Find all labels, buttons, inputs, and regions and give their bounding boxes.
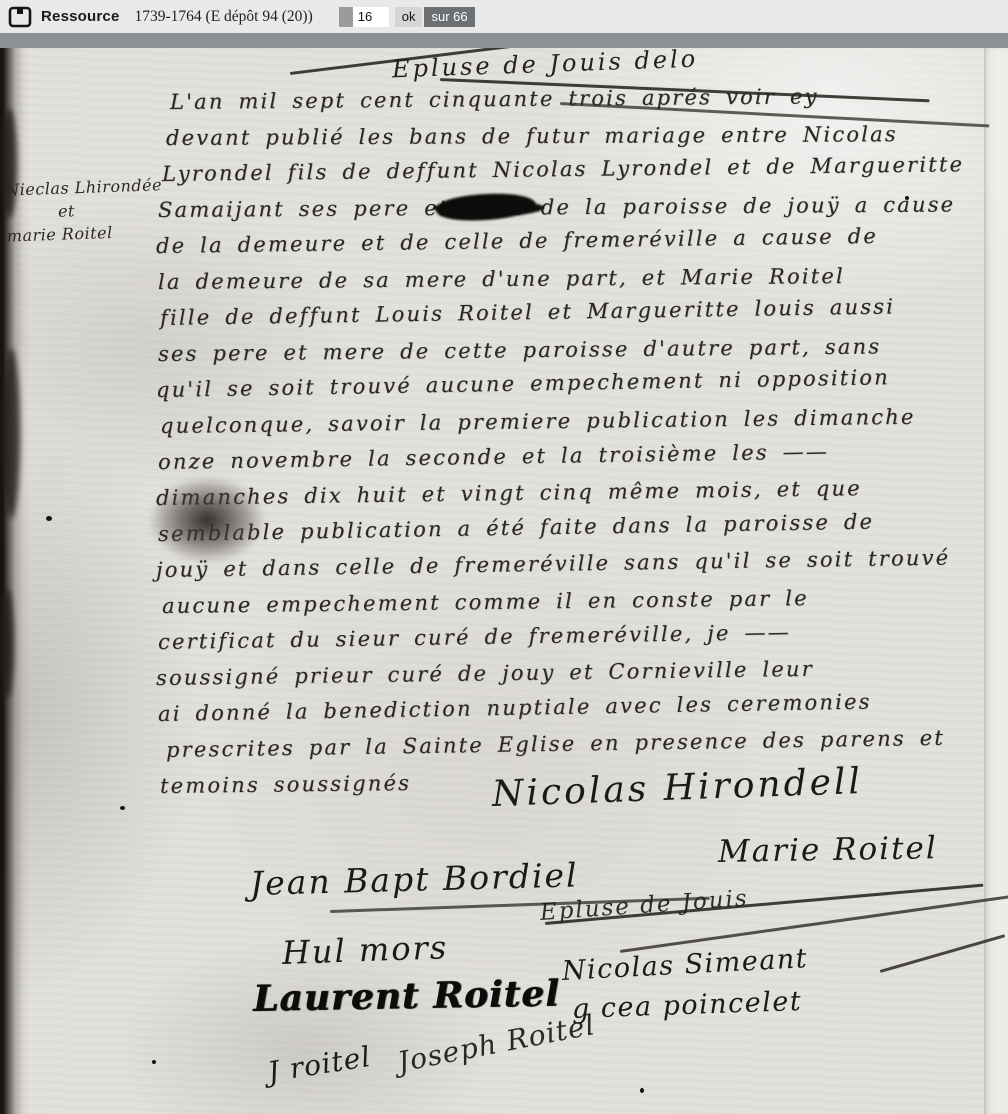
signature-hul-mors: Hul mors [281,928,448,972]
binding-smudge [2,348,20,518]
manuscript-line: L'an mil sept cent cinquante trois aprés… [170,77,964,120]
signature-laurent-roitel: Laurent Roitel [253,973,561,1020]
signature-joseph-roitel: Joseph Roitel [395,1008,598,1079]
signature-nicolas-simeant: Nicolas Simeant [561,943,809,987]
manuscript-scan[interactable]: Epluse de Jouis delo Nieclas Lhirondée e… [0,48,1008,1114]
collection-reference: 1739-1764 (E dépôt 94 (20)) [135,8,313,26]
go-to-page-button[interactable]: ok [395,7,423,27]
pager-spacer [339,7,353,27]
manuscript-lines: L'an mil sept cent cinquante trois aprés… [156,84,964,804]
total-pages-label: sur 66 [424,7,474,27]
toolbar-divider-band [0,33,1008,48]
viewer-toolbar: Ressource 1739-1764 (E dépôt 94 (20)) ok… [0,0,1008,33]
margin-note: Nieclas Lhirondée et marie Roitel [5,173,157,247]
signature-poincelet: g cea poincelet [571,986,802,1025]
resource-title: Ressource [41,8,120,25]
margin-note-name2: marie Roitel [6,219,157,247]
page-navigator: ok sur 66 [339,7,475,27]
ink-speck [152,1060,156,1064]
ink-speck [905,196,909,200]
ink-speck [120,806,125,810]
archive-box-icon [8,6,32,28]
page-right-edge [984,48,1008,1114]
margin-note-et: et [58,196,157,222]
binding-smudge [0,588,14,698]
ink-speck [640,1088,644,1093]
signature-jean-bapt: Jean Bapt Bordiel [249,855,579,903]
signature-marie-roitel: Marie Roitel [718,830,938,870]
ink-speck [46,516,52,521]
page-number-input[interactable] [353,7,389,27]
signature-j-roitel: J roitel [265,1040,373,1089]
